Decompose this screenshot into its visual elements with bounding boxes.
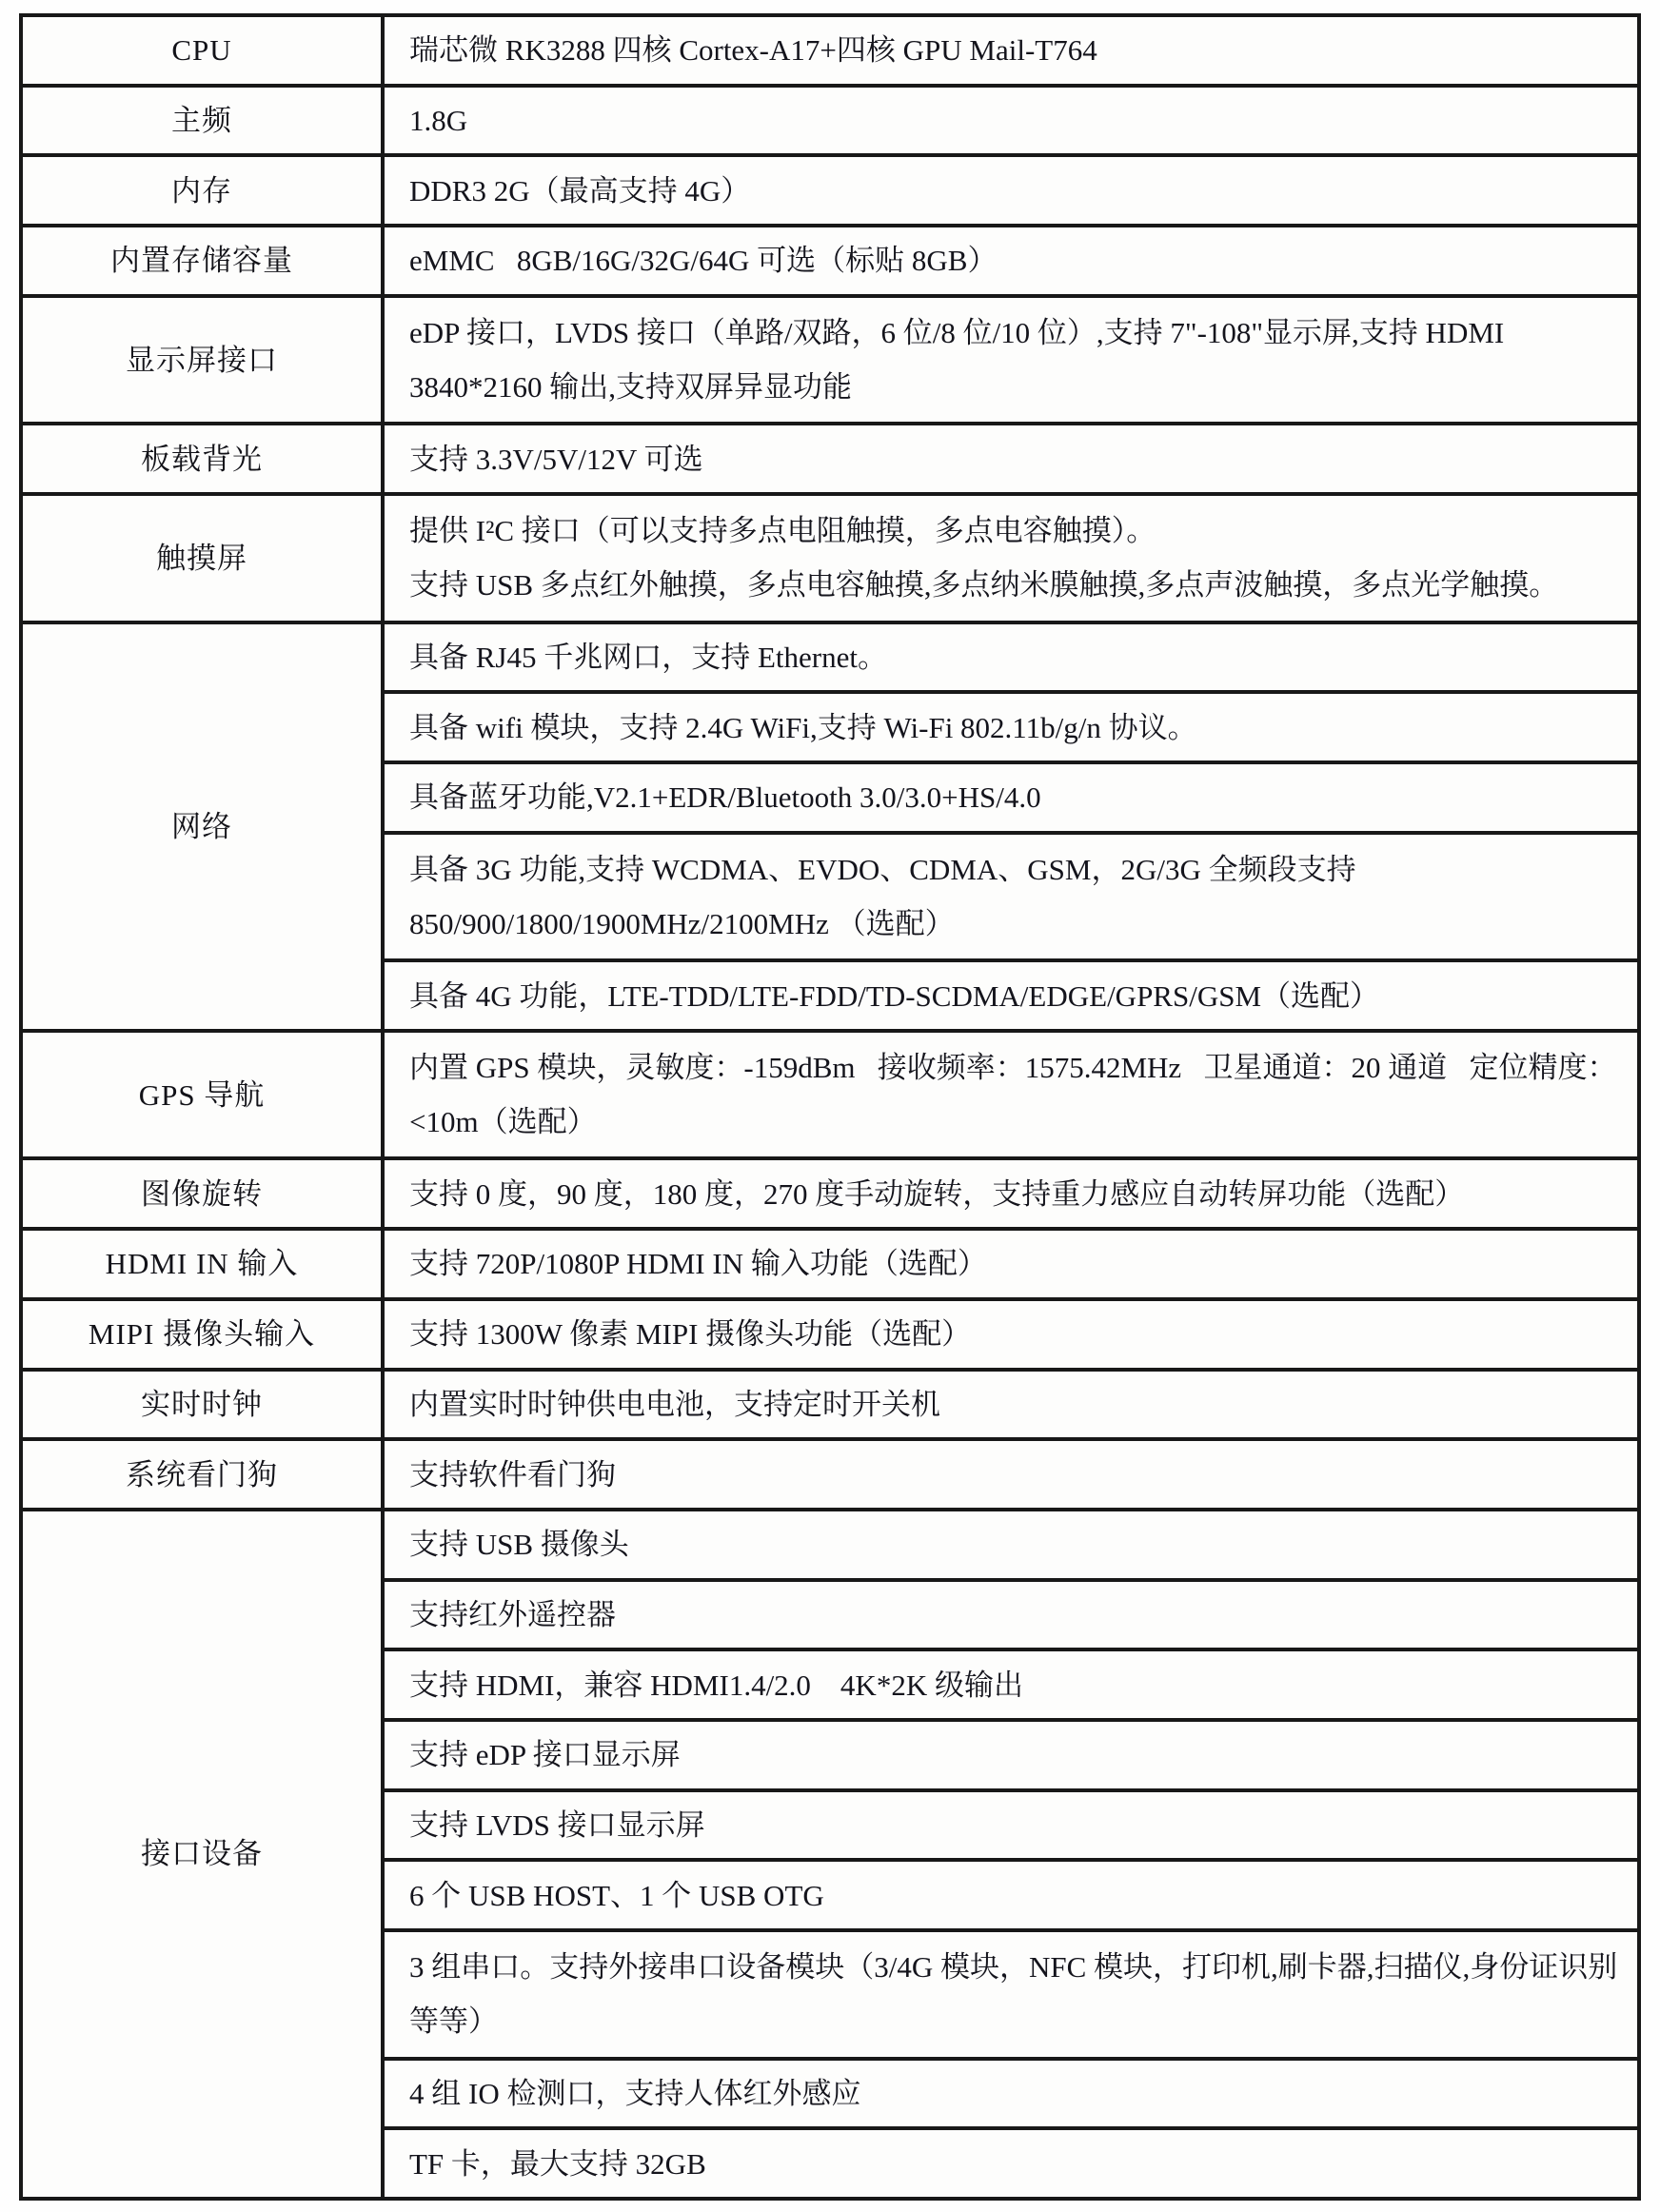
table-row: 内置存储容量eMMC 8GB/16G/32G/64G 可选（标贴 8GB） <box>21 226 1639 296</box>
table-row: CPU瑞芯微 RK3288 四核 Cortex-A17+四核 GPU Mail-… <box>21 15 1639 86</box>
spec-value: 具备 4G 功能，LTE-TDD/LTE-FDD/TD-SCDMA/EDGE/G… <box>383 960 1639 1031</box>
spec-label: 系统看门狗 <box>21 1439 383 1510</box>
table-row: 板载背光支持 3.3V/5V/12V 可选 <box>21 424 1639 494</box>
table-row: GPS 导航内置 GPS 模块，灵敏度：-159dBm 接收频率：1575.42… <box>21 1031 1639 1159</box>
spec-table: CPU瑞芯微 RK3288 四核 Cortex-A17+四核 GPU Mail-… <box>19 13 1641 2201</box>
spec-label: 板载背光 <box>21 424 383 494</box>
spec-value: 3 组串口。支持外接串口设备模块（3/4G 模块，NFC 模块，打印机,刷卡器,… <box>383 1930 1639 2059</box>
spec-label: HDMI IN 输入 <box>21 1229 383 1299</box>
spec-label: 显示屏接口 <box>21 296 383 425</box>
table-row: 内存DDR3 2G（最高支持 4G） <box>21 155 1639 226</box>
spec-value: 支持 USB 摄像头 <box>383 1510 1639 1580</box>
spec-value: 内置 GPS 模块，灵敏度：-159dBm 接收频率：1575.42MHz 卫星… <box>383 1031 1639 1159</box>
spec-value: 支持软件看门狗 <box>383 1439 1639 1510</box>
spec-value: 支持 0 度，90 度，180 度，270 度手动旋转，支持重力感应自动转屏功能… <box>383 1158 1639 1229</box>
table-row: MIPI 摄像头输入支持 1300W 像素 MIPI 摄像头功能（选配） <box>21 1299 1639 1370</box>
spec-label: 触摸屏 <box>21 494 383 622</box>
spec-value: 1.8G <box>383 86 1639 156</box>
spec-value: 支持红外遥控器 <box>383 1580 1639 1650</box>
spec-value: 提供 I²C 接口（可以支持多点电阻触摸，多点电容触摸）。 支持 USB 多点红… <box>383 494 1639 622</box>
spec-value: 具备 wifi 模块，支持 2.4G WiFi,支持 Wi-Fi 802.11b… <box>383 692 1639 762</box>
spec-value: 支持 720P/1080P HDMI IN 输入功能（选配） <box>383 1229 1639 1299</box>
table-row: HDMI IN 输入支持 720P/1080P HDMI IN 输入功能（选配） <box>21 1229 1639 1299</box>
spec-value: 支持 HDMI，兼容 HDMI1.4/2.0 4K*2K 级输出 <box>383 1649 1639 1720</box>
spec-label: 内置存储容量 <box>21 226 383 296</box>
spec-value: 支持 eDP 接口显示屏 <box>383 1720 1639 1790</box>
spec-value: TF 卡，最大支持 32GB <box>383 2128 1639 2199</box>
table-row: 系统看门狗支持软件看门狗 <box>21 1439 1639 1510</box>
spec-value: 具备 RJ45 千兆网口，支持 Ethernet。 <box>383 622 1639 693</box>
spec-value: DDR3 2G（最高支持 4G） <box>383 155 1639 226</box>
spec-value: 支持 3.3V/5V/12V 可选 <box>383 424 1639 494</box>
spec-label: 接口设备 <box>21 1510 383 2199</box>
spec-label: 实时时钟 <box>21 1370 383 1440</box>
spec-label: 网络 <box>21 622 383 1031</box>
table-row: 接口设备支持 USB 摄像头 <box>21 1510 1639 1580</box>
table-row: 图像旋转支持 0 度，90 度，180 度，270 度手动旋转，支持重力感应自动… <box>21 1158 1639 1229</box>
spec-value: 6 个 USB HOST、1 个 USB OTG <box>383 1860 1639 1930</box>
spec-value: 支持 LVDS 接口显示屏 <box>383 1790 1639 1861</box>
table-row: 网络具备 RJ45 千兆网口，支持 Ethernet。 <box>21 622 1639 693</box>
spec-label: MIPI 摄像头输入 <box>21 1299 383 1370</box>
spec-table-body: CPU瑞芯微 RK3288 四核 Cortex-A17+四核 GPU Mail-… <box>21 15 1639 2199</box>
spec-value: eMMC 8GB/16G/32G/64G 可选（标贴 8GB） <box>383 226 1639 296</box>
table-row: 触摸屏提供 I²C 接口（可以支持多点电阻触摸，多点电容触摸）。 支持 USB … <box>21 494 1639 622</box>
spec-value: 内置实时时钟供电电池，支持定时开关机 <box>383 1370 1639 1440</box>
spec-value: 具备 3G 功能,支持 WCDMA、EVDO、CDMA、GSM，2G/3G 全频… <box>383 833 1639 961</box>
table-row: 实时时钟内置实时时钟供电电池，支持定时开关机 <box>21 1370 1639 1440</box>
spec-value: 瑞芯微 RK3288 四核 Cortex-A17+四核 GPU Mail-T76… <box>383 15 1639 86</box>
spec-label: 内存 <box>21 155 383 226</box>
spec-label: 主频 <box>21 86 383 156</box>
spec-value: eDP 接口，LVDS 接口（单路/双路，6 位/8 位/10 位）,支持 7"… <box>383 296 1639 425</box>
spec-value: 4 组 IO 检测口，支持人体红外感应 <box>383 2059 1639 2129</box>
spec-value: 支持 1300W 像素 MIPI 摄像头功能（选配） <box>383 1299 1639 1370</box>
spec-sheet-page: CPU瑞芯微 RK3288 四核 Cortex-A17+四核 GPU Mail-… <box>0 0 1660 2212</box>
spec-value: 具备蓝牙功能,V2.1+EDR/Bluetooth 3.0/3.0+HS/4.0 <box>383 762 1639 833</box>
table-row: 显示屏接口eDP 接口，LVDS 接口（单路/双路，6 位/8 位/10 位）,… <box>21 296 1639 425</box>
table-row: 主频1.8G <box>21 86 1639 156</box>
spec-label: CPU <box>21 15 383 86</box>
spec-label: 图像旋转 <box>21 1158 383 1229</box>
spec-label: GPS 导航 <box>21 1031 383 1159</box>
